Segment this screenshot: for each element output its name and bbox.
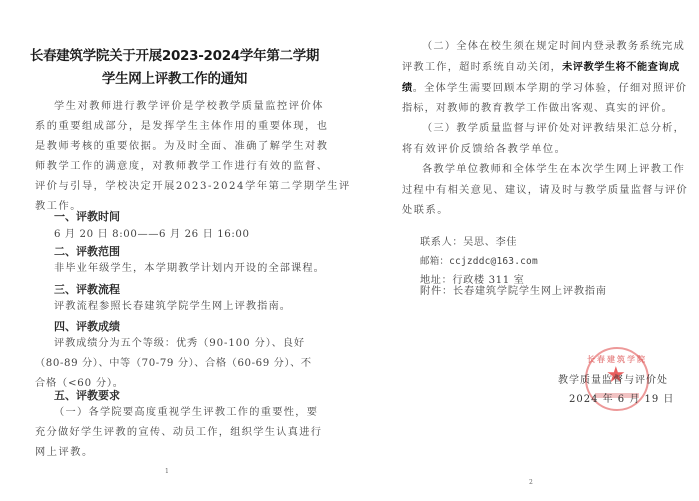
grades-line: 评教成绩分为五个等级：优秀（90-100 分）、良好: [54, 337, 305, 351]
document-page-1: 长春建筑学院关于开展2023-2024学年第二学期 学生网上评教工作的通知 学生…: [0, 0, 349, 501]
intro-line: 评价与引导，学校决定开展2023-2024学年第二学期学生评: [35, 180, 351, 194]
section-heading-requirements: 五、评教要求: [54, 387, 120, 403]
intro-line: 是教师考核的重要依据。为及时全面、准确了解学生对教: [35, 140, 328, 154]
requirements-line: （一）各学院要高度重视学生评教工作的重要性，要: [54, 406, 318, 420]
item2-line: 绩。全体学生需要回顾本学期的学习体验，仔细对照评价: [402, 82, 687, 96]
document-page-2: （二）全体在校生须在规定时间内登录教务系统完成 评教工作，超时系统自动关闭，未评…: [350, 0, 699, 501]
item2-line2-normal: 评教工作，超时系统自动关闭，: [402, 62, 562, 73]
item2-line2-bold: 未评教学生将不能查询成: [562, 62, 680, 73]
contact-person: 联系人：吴思、李佳: [420, 236, 517, 250]
item2-line3-bold: 绩: [402, 83, 413, 94]
section-body-process: 评教流程参照长春建筑学院学生网上评教指南。: [54, 300, 291, 314]
document-title-line1: 长春建筑学院关于开展2023-2024学年第二学期: [0, 44, 349, 64]
attachment: 附件：长春建筑学院学生网上评教指南: [420, 285, 607, 299]
item3-line: 将有效评价反馈给各教学单位。: [402, 143, 566, 157]
section-body-scope: 非毕业年级学生，本学期教学计划内开设的全部课程。: [54, 262, 325, 276]
closing-line: 各教学单位教师和全体学生在本次学生网上评教工作: [422, 163, 685, 177]
grades-line: （80-89 分）、中等（70-79 分）、合格（60-69 分）、不: [35, 357, 312, 371]
intro-line: 学生对教师进行教学评价是学校教学质量监控评价体: [54, 100, 324, 114]
intro-line: 系的重要组成部分，是发挥学生主体作用的重要体现，也: [35, 120, 328, 134]
intro-line: 师教学工作的满意度，对教师教学工作进行有效的监督、: [35, 160, 328, 174]
signature-org: 教学质量监督与评价处: [558, 371, 668, 386]
closing-line: 处联系。: [402, 204, 449, 218]
item2-line: 评教工作，超时系统自动关闭，未评教学生将不能查询成: [402, 61, 680, 75]
section-body-time: 6 月 20 日 8:00——6 月 26 日 16:00: [54, 228, 250, 242]
contact-email: 邮箱：ccjzddc@163.com: [420, 255, 538, 269]
section-heading-scope: 二、评教范围: [54, 243, 120, 259]
item2-line3-normal: 。全体学生需要回顾本学期的学习体验，仔细对照评价: [413, 83, 688, 94]
document-title-line2: 学生网上评教工作的通知: [0, 67, 349, 87]
requirements-line: 充分做好学生评教的宣传、动员工作，组织学生认真进行: [35, 426, 322, 440]
item2-line: （二）全体在校生须在规定时间内登录教务系统完成: [422, 40, 685, 54]
page-number: 1: [165, 468, 169, 475]
section-heading-time: 一、评教时间: [54, 208, 120, 224]
page-number: 2: [529, 479, 533, 486]
closing-line: 过程中有相关意见、建议，请及时与教学质量监督与评价: [402, 184, 688, 198]
section-heading-process: 三、评教流程: [54, 281, 120, 297]
requirements-line: 网上评教。: [35, 446, 94, 460]
section-heading-grades: 四、评教成绩: [54, 318, 120, 334]
signature-date: 2024 年 6 月 19 日: [569, 390, 674, 405]
item3-line: （三）教学质量监督与评价处对评教结果汇总分析，: [422, 122, 685, 136]
item2-line: 指标，对教师的教育教学工作做出客观、真实的评价。: [402, 102, 673, 116]
